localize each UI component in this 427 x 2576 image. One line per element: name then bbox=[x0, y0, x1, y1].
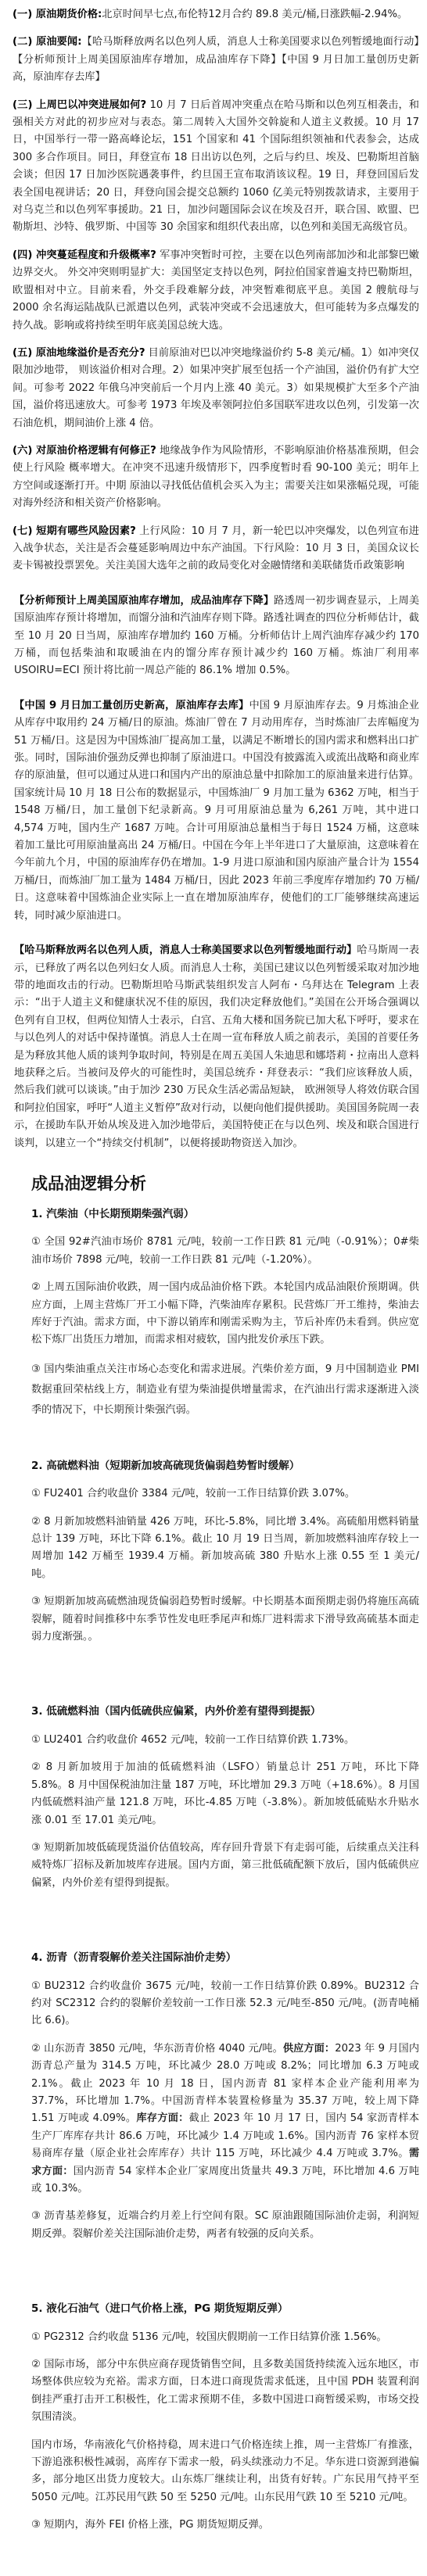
conflict-progress: (三) 上周巴以冲突进展如何? 10 月 7 日后首周冲突重点在哈马斯和以色列互… bbox=[13, 97, 419, 237]
news-title: 【中国 9 月日加工量创历史新高，原油库存去库】 bbox=[14, 700, 249, 711]
para-label: (二) 原油要闻: bbox=[13, 36, 81, 48]
section-title: 3. 低硫燃料油（国内低硫供应偏紧，内外价差有望得到提振） bbox=[31, 1703, 419, 1720]
list-item: ③ 沥青基差修复，近端合约月差上行空间有限。SC 原油跟随国际油价走弱，利润短期… bbox=[31, 2208, 419, 2243]
list-item: ② 8 月新加坡用于加油的低硫燃料油（LSFO）销量总计 251 万吨，环比下降… bbox=[31, 1759, 419, 1829]
crude-headlines: (二) 原油要闻:【哈马斯释放两名以色列人质，消息人士称美国要求以色列暂缓地面行… bbox=[13, 34, 419, 86]
para-label: (七) 短期有哪些风险因素? bbox=[13, 525, 136, 537]
section-title: 1. 汽柴油（中长期预期柴强汽弱） bbox=[31, 1206, 419, 1223]
section-low-sulfur-fuel-oil: 3. 低硫燃料油（国内低硫供应偏紧，内外价差有望得到提振） ① LU2401 合… bbox=[31, 1703, 419, 1892]
geo-premium: (五) 原油地缘溢价是否充分? 目前原油对巴以冲突地缘溢价约 5-8 美元/桶。… bbox=[13, 345, 419, 432]
list-item: ② 8 月新加坡燃料油销量 426 万吨，环比-5.8%，同比增 3.4%。高硫… bbox=[31, 1514, 419, 1584]
para-label: (六) 对原油价格逻辑有何修正? bbox=[13, 445, 156, 457]
section-asphalt: 4. 沥青（沥青裂解价差关注国际油价走势） ① BU2312 合约收盘价 367… bbox=[31, 1949, 419, 2243]
report-page: (一) 原油期货价格:北京时间早七点,布伦特12月合约 89.8 美元/桶,日涨… bbox=[0, 0, 427, 2576]
conflict-escalation: (四) 冲突蔓延程度和升级概率? 军事冲突暂时可控，主要在以色列南部加沙和北部黎… bbox=[13, 247, 419, 335]
para-label: (一) 原油期货价格: bbox=[13, 9, 102, 20]
list-item: ① BU2312 合约收盘价 3675 元/吨，较前一工作日结算价跌 0.89%… bbox=[31, 1978, 419, 2030]
news-title: 【分析师预计上周美国原油库存增加，成品油库存下降】 bbox=[14, 595, 274, 607]
list-item: ① 全国 92#汽油市场价 8781 元/吨，较前一工作日跌 81 元/吨（-0… bbox=[31, 1234, 419, 1269]
list-item: ② 国际市场，部分中东供应商存现货销售空间，且多数美国货持续流入远东地区，市场整… bbox=[31, 2356, 419, 2427]
list-item: ③ 短期内，海外 FEI 价格上涨，PG 期货短期反弹。 bbox=[31, 2517, 419, 2534]
para-label: (五) 原油地缘溢价是否充分? bbox=[13, 347, 145, 359]
news-block: 【中国 9 月日加工量创历史新高，原油库存去库】中国 9 月原油库存去。9 月炼… bbox=[13, 697, 419, 925]
products-analysis: 1. 汽柴油（中长期预期柴强汽弱） ① 全国 92#汽油市场价 8781 元/吨… bbox=[31, 1206, 419, 2535]
section-title: 4. 沥青（沥青裂解价差关注国际油价走势） bbox=[31, 1949, 419, 1966]
section-gasoline-diesel: 1. 汽柴油（中长期预期柴强汽弱） ① 全国 92#汽油市场价 8781 元/吨… bbox=[31, 1206, 419, 1421]
list-item: ① PG2312 合约收盘 5136 元/吨，较国庆假期前一工作日结算价涨 1.… bbox=[31, 2329, 419, 2346]
section-heading: 成品油逻辑分析 bbox=[31, 1173, 419, 1195]
short-term-risks: (七) 短期有哪些风险因素? 上行风险：10 月 7 月，新一轮巴以冲突爆发，以… bbox=[13, 523, 419, 575]
news-title: 【哈马斯释放两名以色列人质，消息人士称美国要求以色列暂缓地面行动】 bbox=[14, 944, 357, 956]
list-item: 国内市场，华南液化气价格持稳，周末进口气价格连续上推，周一主营炼厂有推涨，下游追… bbox=[31, 2437, 419, 2507]
section-high-sulfur-fuel-oil: 2. 高硫燃料油（短期新加坡高硫现货偏弱趋势暂时缓解） ① FU2401 合约收… bbox=[31, 1457, 419, 1646]
list-item: ② 上周五国际油价收跌，周一国内成品油价格下跌。本轮国内成品油限价预期调。供应方… bbox=[31, 1279, 419, 1349]
news-block: 【分析师预计上周美国原油库存增加，成品油库存下降】路透周一初步调查显示，上周美国… bbox=[13, 593, 419, 680]
list-item: ③ 国内柴油重点关注市场心态变化和需求进展。汽柴价差方面，9 月中国制造业 PM… bbox=[31, 1360, 419, 1421]
section-title: 2. 高硫燃料油（短期新加坡高硫现货偏弱趋势暂时缓解） bbox=[31, 1457, 419, 1474]
crude-futures-price: (一) 原油期货价格:北京时间早七点,布伦特12月合约 89.8 美元/桶,日涨… bbox=[13, 6, 419, 23]
list-item: ③ 短期新加坡高硫燃油现货偏弱趋势暂时缓解。中长期基本面预期走弱仍将施压高硫裂解… bbox=[31, 1593, 419, 1646]
list-item: ① FU2401 合约收盘价 3384 元/吨，较前一工作日结算价跌 3.07%… bbox=[31, 1485, 419, 1503]
para-label: (三) 上周巴以冲突进展如何? bbox=[13, 99, 146, 111]
list-item: ① LU2401 合约收盘价 4652 元/吨，较前一工作日结算价跌 1.73%… bbox=[31, 1732, 419, 1749]
list-item: ③ 短期新加坡低硫现货溢价估值较高，库存回升背景下有走弱可能，后续重点关注科威特… bbox=[31, 1840, 419, 1892]
para-label: (四) 冲突蔓延程度和升级概率? bbox=[13, 249, 156, 261]
section-lpg: 5. 液化石油气（进口气价格上涨，PG 期货短期反弹） ① PG2312 合约收… bbox=[31, 2300, 419, 2534]
section-title: 5. 液化石油气（进口气价格上涨，PG 期货短期反弹） bbox=[31, 2300, 419, 2317]
news-block: 【哈马斯释放两名以色列人质，消息人士称美国要求以色列暂缓地面行动】哈马斯周一表示… bbox=[13, 942, 419, 1152]
list-item: ② 山东沥青 3850 元/吨，华东沥青价格 4040 元/吨。供应方面：202… bbox=[31, 2040, 419, 2198]
price-logic-revision: (六) 对原油价格逻辑有何修正? 地缘战争作为风险情形，不影响原油价格基准预期，… bbox=[13, 442, 419, 513]
